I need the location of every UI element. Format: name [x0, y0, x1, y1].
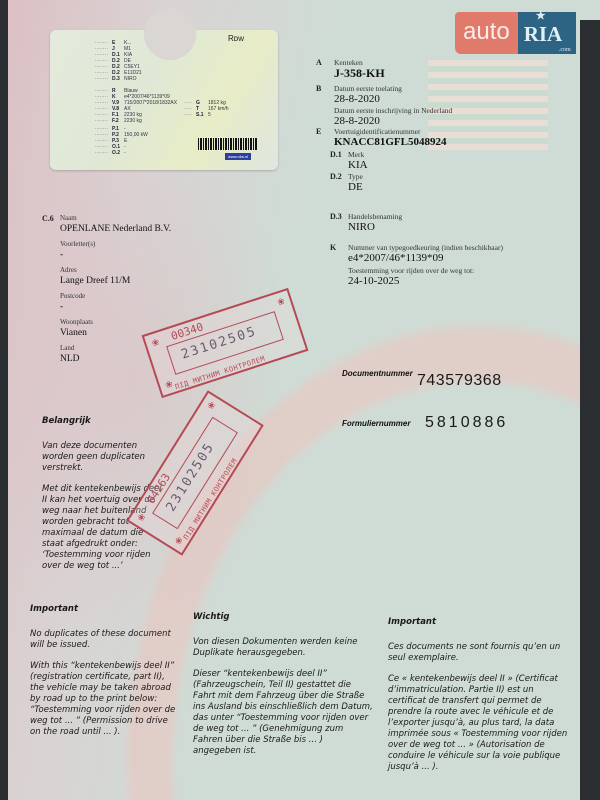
emblem-icon: ❀	[272, 293, 290, 311]
rdw-logo: Rᴅᴡ	[228, 34, 244, 43]
form-number: 5810886	[425, 414, 508, 432]
card-row: ·····S.15	[162, 112, 211, 118]
notice-en: Important No duplicates of these documen…	[30, 604, 180, 748]
card-url: www.rdw.nl	[225, 153, 251, 160]
card-row: ········O.2-	[50, 150, 126, 156]
form-number-label: Formuliernummer	[342, 419, 410, 428]
background-edge	[580, 20, 600, 800]
field-first-registration-nl: Datum eerste inschrijving in Nederland 2…	[334, 106, 452, 128]
field-type-approval: K Nummer van typegoedkeuring (indien bes…	[348, 243, 503, 265]
field-trade-name: D.3 Handelsbenaming NIRO	[348, 212, 402, 234]
document-number-label: Documentnummer	[342, 369, 413, 378]
field-kenteken: A Kenteken J-358-KH	[334, 58, 385, 80]
document-number: 743579368	[417, 372, 502, 390]
card-row: ········F.22230 kg	[50, 118, 142, 124]
field-vin: E Voertuigidentificatienummer KNACC81GFL…	[334, 127, 446, 149]
card-row: ········D.3NIRO	[50, 76, 137, 82]
registration-document: Rᴅᴡ ········EK...········JM1········D.1K…	[8, 0, 600, 800]
field-make: D.1 Merk KIA	[348, 150, 368, 172]
field-road-permission: Toestemming voor rijden over de weg tot:…	[348, 266, 474, 288]
star-icon: ★	[536, 10, 546, 22]
field-type: D.2 Type DE	[348, 172, 363, 194]
notice-de: Wichtig Von diesen Dokumenten werden kei…	[193, 612, 373, 767]
emblem-icon: ❀	[202, 396, 221, 415]
autoria-watermark: auto ★ RIA .com	[455, 12, 576, 54]
card-notch	[144, 8, 196, 60]
holder-name: OPENLANE Nederland B.V.	[60, 223, 171, 236]
barcode	[198, 138, 258, 150]
holder-address: Lange Dreef 11/M	[60, 275, 171, 288]
emblem-icon: ❀	[132, 508, 151, 527]
field-first-registration: B Datum eerste toelating 28-8-2020	[334, 84, 402, 106]
registration-card-part1a: Rᴅᴡ ········EK...········JM1········D.1K…	[50, 30, 278, 170]
license-plate: J-358-KH	[334, 67, 385, 80]
notice-fr: Important Ces documents ne sont fournis …	[388, 617, 568, 783]
emblem-icon: ❀	[147, 334, 165, 352]
